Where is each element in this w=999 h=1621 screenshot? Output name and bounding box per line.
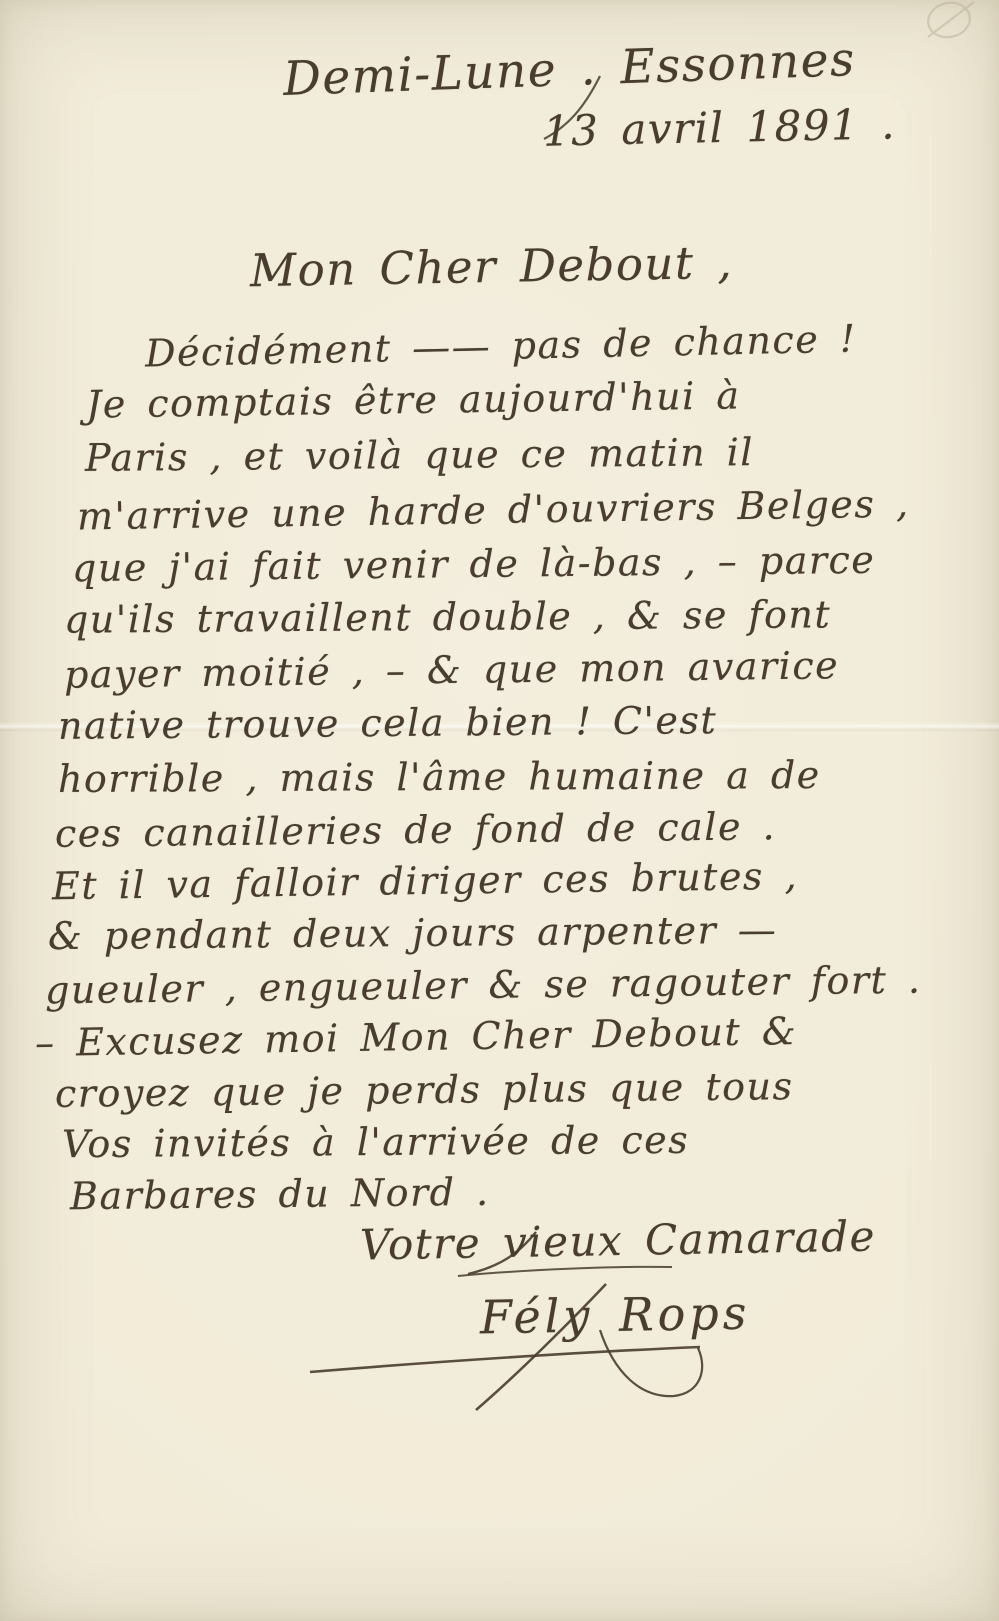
letter-line: & pendant deux jours arpenter — bbox=[48, 908, 778, 958]
pencil-mark-icon bbox=[925, 0, 974, 41]
letter-line: m'arrive une harde d'ouvriers Belges , bbox=[77, 481, 910, 538]
letter-line: horrible , mais l'âme humaine a de bbox=[58, 753, 821, 801]
letter-line: ces canailleries de fond de cale . bbox=[55, 804, 777, 856]
letter-line: Je comptais être aujourd'hui à bbox=[86, 373, 741, 426]
letter-line: qu'ils travaillent double , & se font bbox=[64, 592, 831, 641]
letter-signature: Fély Rops bbox=[480, 1286, 751, 1345]
letter-line: gueuler , engueuler & se ragouter fort . bbox=[45, 958, 922, 1013]
letter-line: – Excusez moi Mon Cher Debout & bbox=[35, 1009, 798, 1065]
letter-line: Vos invités à l'arrivée de ces bbox=[62, 1118, 689, 1166]
letter-line: Décidément —— pas de chance ! bbox=[145, 317, 857, 376]
letter-place: Demi-Lune . Essonnes bbox=[282, 32, 856, 107]
letter-date: 13 avril 1891 . bbox=[543, 99, 897, 155]
letter-valediction: Votre vieux Camarade bbox=[360, 1212, 877, 1270]
signature-underline bbox=[310, 1347, 700, 1372]
letter-line: croyez que je perds plus que tous bbox=[55, 1064, 794, 1116]
letter-line: Barbares du Nord . bbox=[70, 1170, 490, 1218]
letter-line: Et il va falloir diriger ces brutes , bbox=[52, 854, 799, 908]
letter-line: native trouve cela bien ! C'est bbox=[58, 698, 718, 748]
signature-rule bbox=[458, 1267, 672, 1276]
letter-line: payer moitié , – & que mon avarice bbox=[64, 643, 840, 696]
letter-line: Paris , et voilà que ce matin il bbox=[85, 430, 754, 480]
letter-salutation: Mon Cher Debout , bbox=[250, 236, 734, 297]
letter-page: Demi-Lune . Essonnes 13 avril 1891 . Mon… bbox=[0, 0, 999, 1621]
letter-line: que j'ai fait venir de là-bas , – parce bbox=[72, 538, 876, 590]
